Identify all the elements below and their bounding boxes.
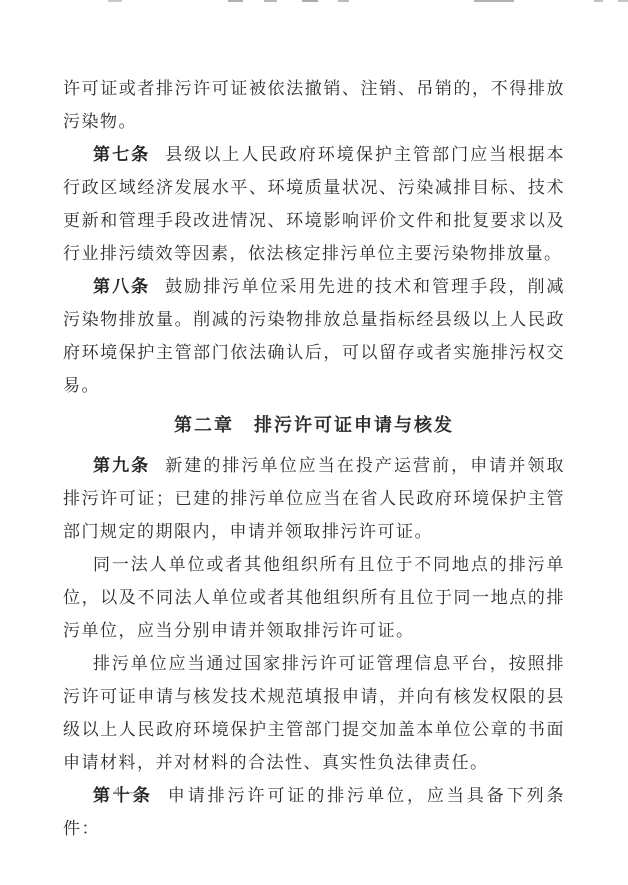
scan-artifact bbox=[228, 0, 243, 2]
paragraph: 许可证或者排污许可证被依法撤销、注销、吊销的，不得排放污染物。 bbox=[63, 72, 565, 138]
article-number: 第九条 bbox=[93, 456, 150, 475]
paragraph-text: 同一法人单位或者其他组织所有且位于不同地点的排污单位，以及不同法人单位或者其他组… bbox=[63, 555, 565, 640]
scan-artifact bbox=[594, 0, 603, 2]
paragraph: 第九条新建的排污单位应当在投产运营前，申请并领取排污许可证；已建的排污单位应当在… bbox=[63, 449, 565, 548]
page-footer: — 4 — bbox=[78, 784, 158, 800]
document-page: 许可证或者排污许可证被依法撤销、注销、吊销的，不得排放污染物。第七条县级以上人民… bbox=[0, 0, 628, 885]
scan-artifact bbox=[264, 0, 277, 2]
page-number: — 4 — bbox=[93, 784, 144, 799]
paragraph: 第八条鼓励排污单位采用先进的技术和管理手段，削减污染物排放量。削减的污染物排放总… bbox=[63, 270, 565, 402]
chapter-heading: 第二章 排污许可证申请与核发 bbox=[63, 409, 565, 442]
paragraph-text: 排污单位应当通过国家排污许可证管理信息平台，按照排污许可证申请与核发技术规范填报… bbox=[63, 654, 565, 772]
scan-artifact bbox=[474, 0, 514, 2]
document-body: 许可证或者排污许可证被依法撤销、注销、吊销的，不得排放污染物。第七条县级以上人民… bbox=[63, 72, 565, 845]
article-number: 第八条 bbox=[93, 277, 150, 296]
scan-artifact bbox=[338, 0, 349, 2]
paragraph: 第七条县级以上人民政府环境保护主管部门应当根据本行政区域经济发展水平、环境质量状… bbox=[63, 138, 565, 270]
paragraph-text: 许可证或者排污许可证被依法撤销、注销、吊销的，不得排放污染物。 bbox=[63, 79, 565, 131]
article-number: 第七条 bbox=[93, 145, 150, 164]
scan-artifact bbox=[302, 0, 318, 2]
scan-artifact bbox=[108, 0, 122, 2]
paragraph: 同一法人单位或者其他组织所有且位于不同地点的排污单位，以及不同法人单位或者其他组… bbox=[63, 548, 565, 647]
scan-artifact bbox=[618, 0, 628, 2]
paragraph: 排污单位应当通过国家排污许可证管理信息平台，按照排污许可证申请与核发技术规范填报… bbox=[63, 647, 565, 779]
